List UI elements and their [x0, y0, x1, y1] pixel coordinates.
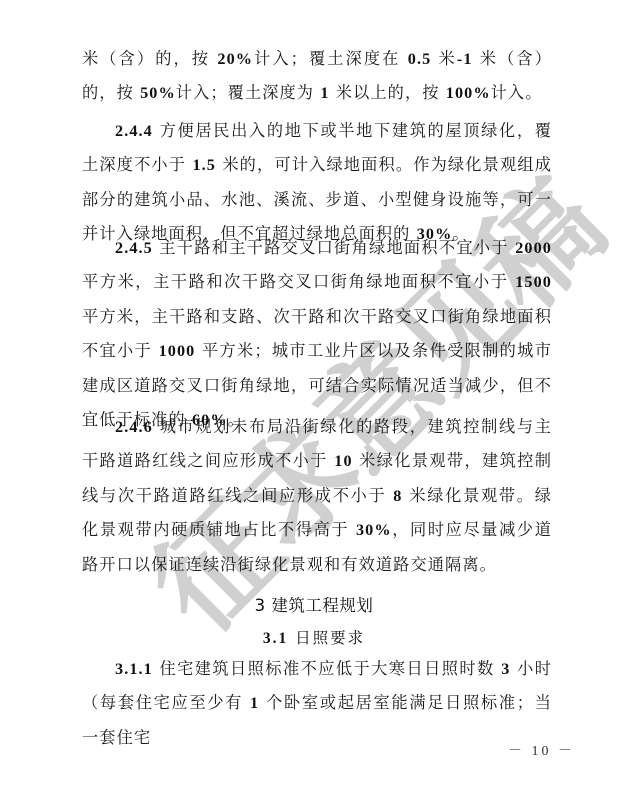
text-run: 米 — [431, 49, 457, 68]
bold-value: 100% — [446, 84, 491, 102]
bold-value: -1 — [457, 50, 473, 68]
bold-value: 1 — [320, 84, 329, 102]
bold-value: 1500 — [515, 273, 552, 291]
chapter-heading: 3 建筑工程规划 — [0, 592, 628, 616]
section-heading: 3.1 日照要求 — [0, 626, 628, 648]
document-page: 征求意见稿 米（含）的，按 20%计入；覆土深度在 0.5 米-1 米（含）的，… — [0, 0, 628, 789]
bold-value: 2.4.6 — [115, 418, 153, 436]
section-number: 3.1 — [263, 630, 288, 647]
paragraph-2-4-5: 2.4.5 主干路和主干路交叉口街角绿地面积不宜小于 2000 平方米，主干路和… — [82, 231, 552, 437]
page-number: － 10 － — [508, 740, 575, 760]
paragraph-3-1-1: 3.1.1 住宅建筑日照标准不应低于大寒日日照时数 3 小时（每套住宅应至少有 … — [82, 652, 552, 755]
text-run: 住宅建筑日照标准不应低于大寒日日照时数 — [153, 659, 501, 678]
text-run: 计入；覆土深度为 — [176, 83, 321, 102]
bold-value: 50% — [140, 84, 176, 102]
bold-value: 10 — [334, 452, 352, 470]
text-run: 计入；覆土深度在 — [253, 49, 408, 68]
bold-value: 1 — [250, 694, 259, 712]
paragraph-2-4-6: 2.4.6 城市规划未布局沿街绿化的路段，建筑控制线与主干路道路红线之间应形成不… — [82, 410, 552, 582]
text-run: 米（含）的，按 — [82, 49, 217, 68]
bold-value: 3.1.1 — [115, 660, 153, 678]
bold-value: 2000 — [515, 239, 552, 257]
bold-value: 0.5 — [408, 50, 432, 68]
paragraph-continued: 米（含）的，按 20%计入；覆土深度在 0.5 米-1 米（含）的，按 50%计… — [82, 42, 552, 111]
bold-value: 30% — [356, 521, 392, 539]
bold-value: 1.5 — [192, 156, 216, 174]
text-run: 计入。 — [491, 83, 543, 102]
text-run: 主干路和主干路交叉口街角绿地面积不宜小于 — [153, 238, 515, 257]
bold-value: 8 — [393, 487, 402, 505]
text-run: 平方米，主干路和次干路交叉口街角绿地面积不宜小于 — [82, 272, 515, 291]
bold-value: 2.4.5 — [115, 239, 153, 257]
text-run: 米以上的，按 — [330, 83, 446, 102]
bold-value: 2.4.4 — [115, 122, 153, 140]
section-title: 日照要求 — [295, 629, 365, 647]
bold-value: 1000 — [159, 342, 196, 360]
bold-value: 20% — [217, 50, 253, 68]
